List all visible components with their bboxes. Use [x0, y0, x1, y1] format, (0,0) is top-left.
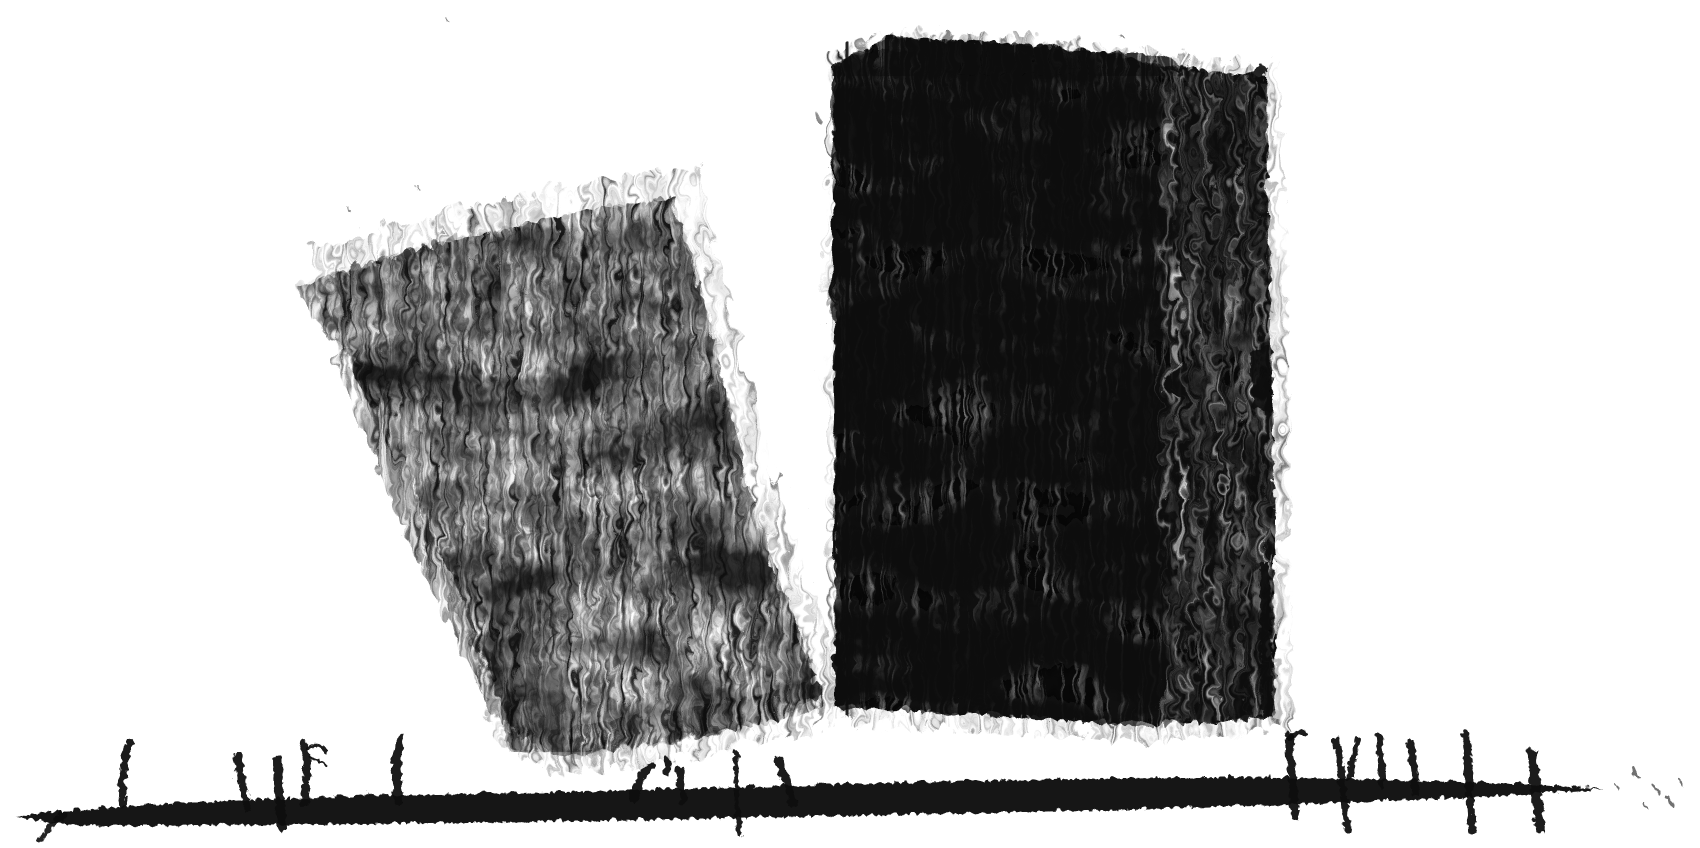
right-block-top-shading: [846, 53, 1160, 72]
left-block: [288, 162, 840, 768]
dust-dot: [443, 16, 445, 19]
ground-mark: [1530, 750, 1538, 826]
speck: [1642, 801, 1647, 808]
dust-dot: [415, 184, 417, 187]
ground-mark: [301, 742, 305, 801]
speck: [1651, 783, 1658, 792]
ground-mark: [276, 757, 281, 826]
speck: [1677, 777, 1681, 783]
speck: [1665, 796, 1671, 804]
left-block-blotches: [288, 192, 816, 754]
ground-mark: [395, 737, 400, 798]
ground: [14, 775, 1604, 838]
ground-mark-dot: [664, 756, 666, 771]
dust-dot: [1118, 33, 1121, 35]
ground-mark: [678, 769, 682, 799]
right-block-left-seam: [846, 54, 848, 700]
speck: [1613, 782, 1617, 787]
ground-mark: [1377, 735, 1381, 784]
ground-mark: [120, 740, 128, 802]
ground-line: [14, 775, 1604, 824]
right-block: [820, 22, 1284, 736]
ground-mark: [1347, 737, 1356, 778]
ground-mark-hook: [1287, 730, 1304, 737]
ground-mark-wisp: [308, 755, 323, 763]
dust-dot: [346, 206, 348, 209]
charcoal-sketch: [0, 0, 1700, 848]
speck: [1631, 767, 1637, 777]
ground-mark-wisp: [306, 743, 324, 749]
ground-mark: [735, 750, 738, 831]
ground-mark: [1464, 732, 1470, 828]
